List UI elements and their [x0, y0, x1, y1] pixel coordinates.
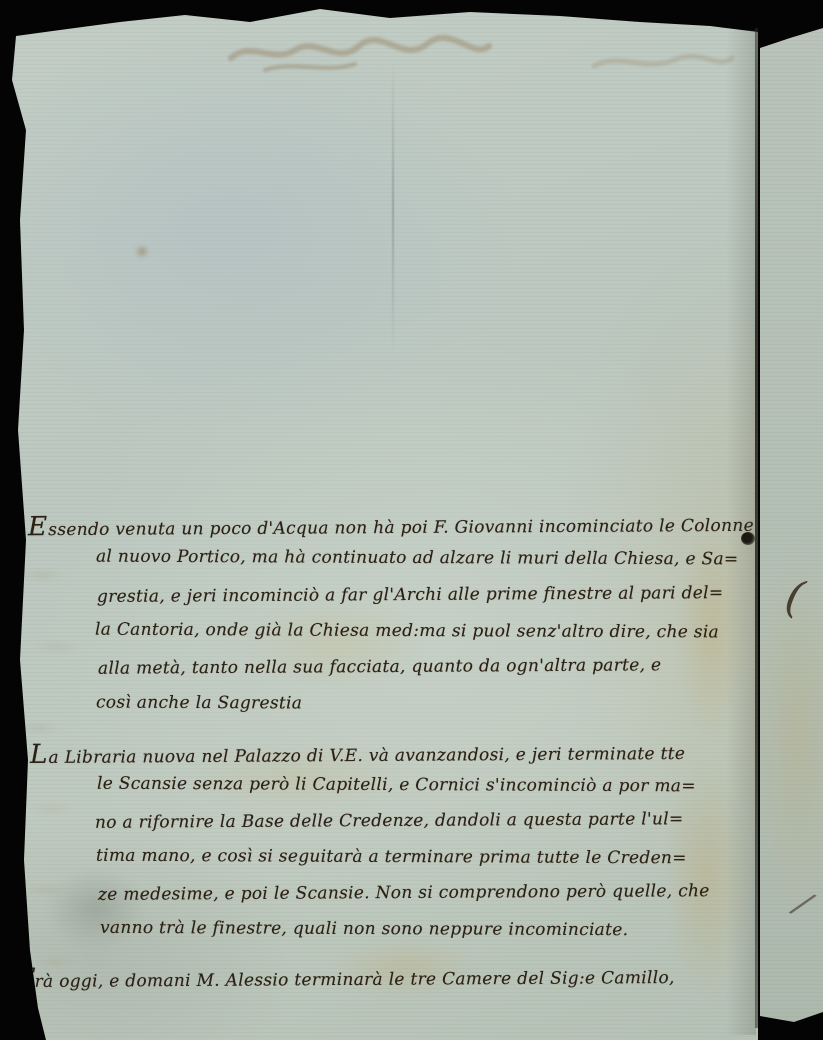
- manuscript-line: La Libraria nuova nel Palazzo di V.E. và…: [30, 736, 685, 770]
- photograph-background: { "manuscript": { "paragraphs": [ { "lin…: [0, 0, 823, 1040]
- manuscript-line: tima mano, e così si seguitarà a termina…: [96, 846, 687, 869]
- bleedthrough-writing: [225, 24, 495, 82]
- paper-stain: [138, 248, 146, 255]
- manuscript-line: ze medesime, e poi le Scansie. Non si co…: [98, 881, 710, 905]
- manuscript-line: grestia, e jeri incominciò a far gl'Arch…: [97, 583, 724, 607]
- bleedthrough-writing: [588, 42, 738, 82]
- paper-crease: [392, 62, 394, 352]
- manuscript-line: alla metà, tanto nella sua facciata, qua…: [98, 655, 661, 678]
- manuscript-line: la Cantoria, onde già la Chiesa med:ma s…: [95, 620, 719, 643]
- manuscript-line: vanno trà le finestre, quali non sono ne…: [100, 918, 628, 940]
- page-fold-shadow: [726, 30, 756, 1035]
- manuscript-page: Essendo venuta un poco d'Acqua non hà po…: [0, 0, 758, 1040]
- manuscript-line: no a rifornire la Base delle Credenze, d…: [95, 809, 684, 833]
- manuscript-line: Essendo venuta un poco d'Acqua non hà po…: [28, 508, 754, 542]
- page-fold-line: [755, 28, 758, 1028]
- manuscript-line: al nuovo Portico, ma hà continuato ad al…: [96, 547, 739, 570]
- manuscript-line: Trà oggi, e domani M. Alessio terminarà …: [16, 960, 675, 994]
- manuscript-line: le Scansie senza però li Capitelli, e Co…: [97, 774, 696, 797]
- manuscript-line: così anche la Sagrestia: [96, 693, 302, 714]
- adjacent-page: [760, 0, 823, 1040]
